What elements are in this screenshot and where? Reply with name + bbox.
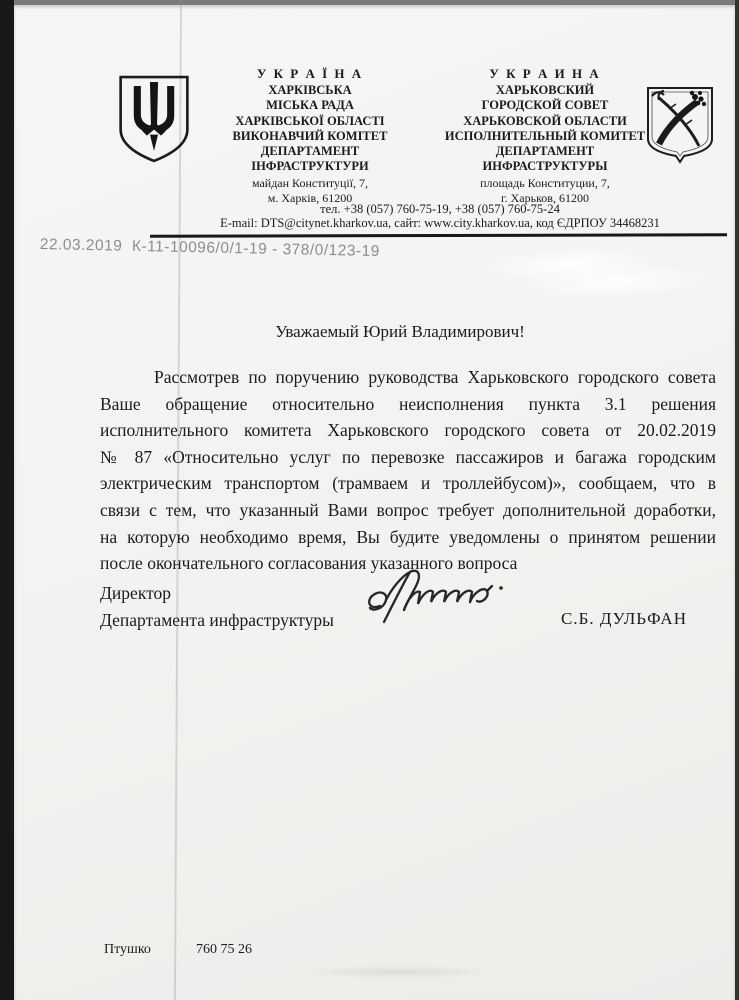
phone-line: тел. +38 (057) 760-75-19, +38 (057) 760-… bbox=[150, 202, 730, 217]
org-line: ВИКОНАВЧИЙ КОМІТЕТ bbox=[205, 129, 415, 144]
scanned-letter: У К Р А Ї Н А ХАРКІВСЬКА МІСЬКА РАДА ХАР… bbox=[0, 0, 739, 1000]
org-line: ДЕПАРТАМЕНТ bbox=[205, 144, 415, 159]
body-line: Ваше обращение относительно неисполнения… bbox=[100, 394, 716, 421]
handwritten-signature-icon bbox=[358, 560, 553, 640]
org-line: ХАРКІВСЬКОЇ ОБЛАСТІ bbox=[205, 114, 415, 129]
body-line: № 87 «Относительно услуг по перевозке па… bbox=[100, 447, 716, 474]
scan-edge-left bbox=[0, 0, 14, 1000]
signer-name: С.Б. ДУЛЬФАН bbox=[561, 609, 687, 629]
address-line: майдан Конституції, 7, bbox=[205, 176, 415, 191]
scan-smudge bbox=[268, 966, 528, 978]
email-line: E-mail: DTS@citynet.kharkov.ua, сайт: ww… bbox=[150, 216, 730, 231]
country-name-uk: У К Р А Ї Н А bbox=[205, 66, 415, 81]
country-name-ru: У К Р А И Н А bbox=[430, 66, 660, 81]
org-line: ИСПОЛНИТЕЛЬНЫЙ КОМИТЕТ bbox=[430, 129, 660, 144]
org-line: ХАРКІВСЬКА bbox=[205, 83, 415, 98]
scan-edge-right bbox=[735, 0, 739, 1000]
letter-body: Рассмотрев по поручению руководства Харь… bbox=[100, 367, 716, 580]
body-line: электрическим транспортом (трамваем и тр… bbox=[100, 473, 716, 500]
signer-title-line2: Департамента инфраструктуры bbox=[100, 610, 334, 631]
org-line: ХАРЬКОВСКОЙ ОБЛАСТИ bbox=[430, 114, 660, 129]
body-line: связи с тем, что указанный Вами вопрос т… bbox=[100, 500, 716, 527]
header-russian-column: У К Р А И Н А ХАРЬКОВСКИЙ ГОРОДСКОЙ СОВЕ… bbox=[430, 66, 660, 205]
executor-phone: 760 75 26 bbox=[196, 942, 252, 958]
ukraine-trident-emblem-icon bbox=[114, 72, 194, 165]
body-line: на которую необходимо время, Вы будите у… bbox=[100, 527, 716, 554]
header-ukrainian-column: У К Р А Ї Н А ХАРКІВСЬКА МІСЬКА РАДА ХАР… bbox=[205, 66, 415, 205]
kharkiv-coat-of-arms-icon bbox=[642, 84, 718, 164]
org-line: МІСЬКА РАДА bbox=[205, 98, 415, 113]
org-line: ИНФРАСТРУКТУРЫ bbox=[430, 159, 660, 174]
signer-title-line1: Директор bbox=[100, 583, 171, 604]
body-line: Рассмотрев по поручению руководства Харь… bbox=[100, 367, 716, 394]
executor-name: Птушко bbox=[104, 942, 151, 958]
org-line: ДЕПАРТАМЕНТ bbox=[430, 144, 660, 159]
body-line: исполнительного комитета Харьковского го… bbox=[100, 420, 716, 447]
address-line: площадь Конституции, 7, bbox=[430, 176, 660, 191]
org-line: ІНФРАСТРУКТУРИ bbox=[205, 159, 415, 174]
whiteout-smudge bbox=[476, 234, 709, 312]
org-line: ХАРЬКОВСКИЙ bbox=[430, 83, 660, 98]
salutation: Уважаемый Юрий Владимирович! bbox=[120, 322, 680, 342]
org-line: ГОРОДСКОЙ СОВЕТ bbox=[430, 98, 660, 113]
